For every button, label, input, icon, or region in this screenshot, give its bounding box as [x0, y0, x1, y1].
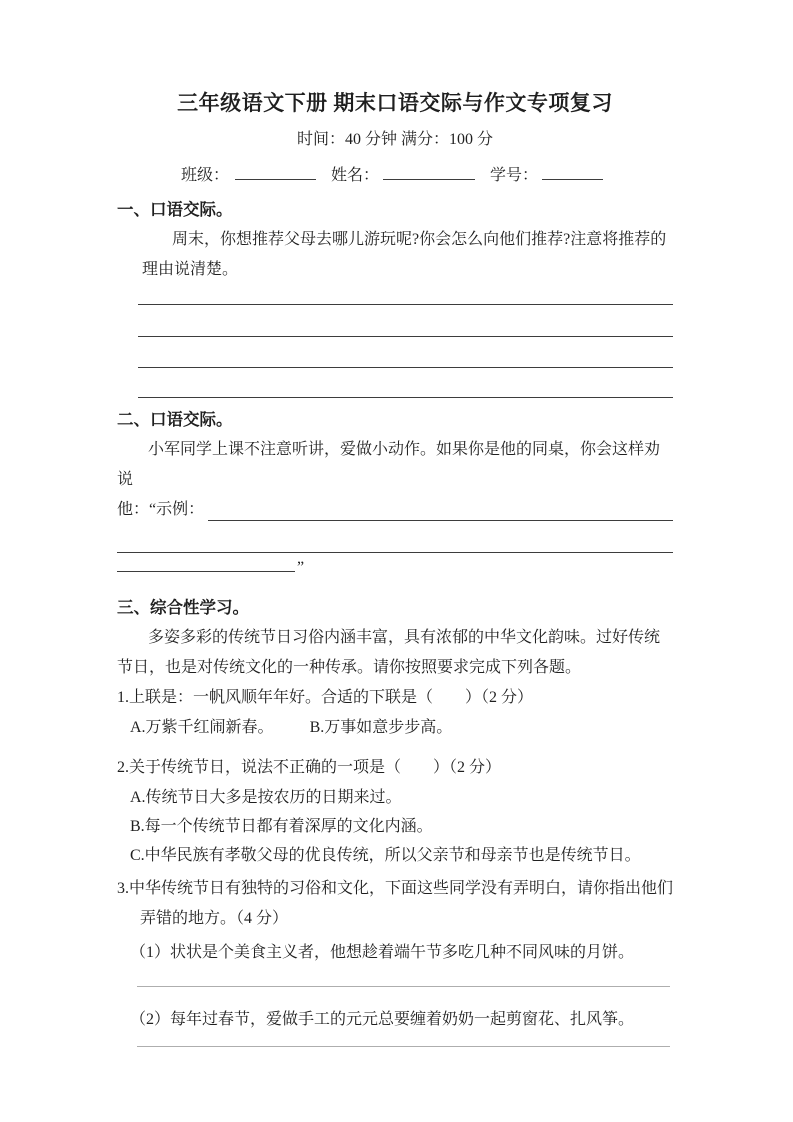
question-1: 1.上联是：一帆风顺年年好。合适的下联是（ ）（2 分）	[117, 683, 673, 713]
name-blank[interactable]	[383, 164, 475, 180]
section3-intro: 多姿多彩的传统节日习俗内涵丰富，具有浓郁的中华文化韵味。过好传统节日，也是对传统…	[117, 623, 673, 683]
answer-line[interactable]	[137, 968, 670, 987]
section1-heading: 一、口语交际。	[117, 195, 673, 225]
q2-option-c: C.中华民族有孝敬父母的优良传统，所以父亲节和母亲节也是传统节日。	[130, 841, 673, 870]
section2-lead-row: 他：“示例：	[117, 495, 673, 525]
answer-line[interactable]	[117, 556, 295, 572]
answer-line[interactable]	[208, 495, 673, 521]
section1-prompt: 周末，你想推荐父母去哪儿游玩呢?你会怎么向他们推荐?注意将推荐的理由说清楚。	[142, 225, 673, 285]
page-title: 三年级语文下册 期末口语交际与作文专项复习	[117, 88, 673, 118]
section2-closing-row: ”	[117, 553, 673, 583]
exam-meta: 时间：40 分钟 满分：100 分	[117, 125, 673, 155]
answer-line[interactable]	[117, 525, 673, 553]
question-3: 3.中华传统节日有独特的习俗和文化，下面这些同学没有弄明白，请你指出他们弄错的地…	[117, 874, 673, 934]
q2-option-b: B.每一个传统节日都有着深厚的文化内涵。	[130, 812, 673, 841]
answer-line[interactable]	[138, 285, 673, 305]
q1-option-a: A.万紫千红闹新春。	[130, 713, 274, 743]
class-label: 班级：	[181, 161, 229, 191]
class-blank[interactable]	[235, 164, 316, 180]
question-2: 2.关于传统节日，说法不正确的一项是（ ）（2 分）	[117, 753, 673, 783]
answer-line[interactable]	[138, 368, 673, 398]
student-id-blank[interactable]	[542, 164, 603, 180]
closing-quote: ”	[297, 553, 304, 583]
answer-line[interactable]	[137, 1035, 670, 1047]
student-info-row: 班级：姓名：学号：	[117, 161, 673, 191]
worksheet-page: 三年级语文下册 期末口语交际与作文专项复习 时间：40 分钟 满分：100 分 …	[0, 0, 793, 1122]
q2-option-a: A.传统节日大多是按农历的日期来过。	[130, 783, 673, 812]
q1-option-b: B.万事如意步步高。	[310, 713, 453, 743]
section2-lead-text: 他：“示例：	[117, 495, 204, 525]
section2-heading: 二、口语交际。	[117, 405, 673, 435]
question-1-options: A.万紫千红闹新春。B.万事如意步步高。	[130, 713, 673, 743]
name-label: 姓名：	[331, 161, 379, 191]
section3-heading: 三、综合性学习。	[117, 593, 673, 623]
answer-line[interactable]	[138, 337, 673, 368]
student-id-label: 学号：	[490, 161, 538, 191]
q3-subitem-2: （2）每年过春节，爱做手工的元元总要缠着奶奶一起剪窗花、扎风筝。	[130, 1005, 673, 1035]
q3-subitem-1: （1）状状是个美食主义者，他想趁着端午节多吃几种不同风味的月饼。	[130, 938, 673, 968]
answer-line[interactable]	[138, 305, 673, 337]
section2-prompt: 小军同学上课不注意听讲，爱做小动作。如果你是他的同桌，你会这样劝说	[117, 435, 673, 495]
